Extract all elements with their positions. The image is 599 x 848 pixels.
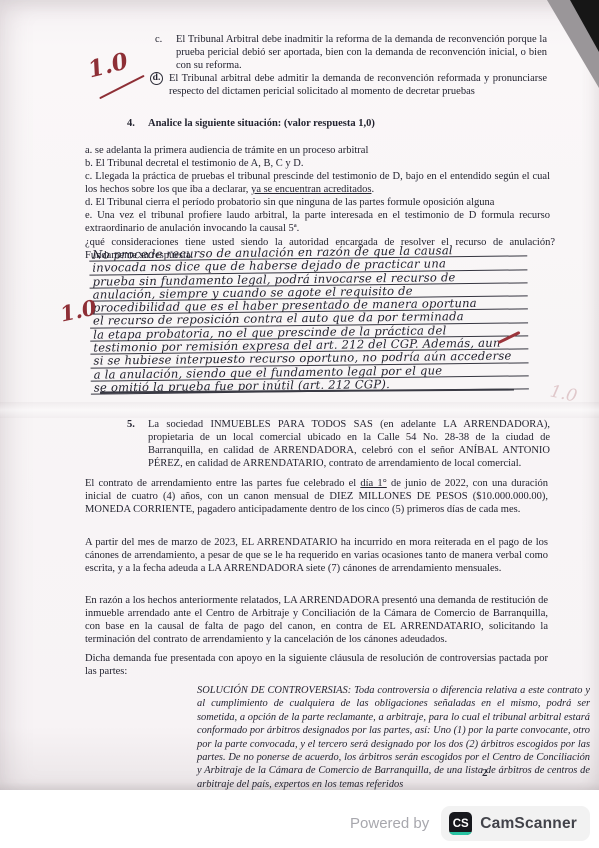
scanned-document-page: c. El Tribunal Arbitral debe inadmitir l… — [0, 0, 599, 848]
camscanner-brand-button[interactable]: CS CamScanner — [441, 806, 590, 841]
option-c: c. Llegada la práctica de pruebas el tri… — [85, 170, 550, 196]
question-4-options: a. se adelanta la primera audiencia de t… — [85, 144, 550, 235]
powered-by-label: Powered by — [350, 815, 429, 832]
camscanner-logo-icon: CS — [449, 812, 472, 835]
contract-paragraph: El contrato de arrendamiento entre las p… — [85, 477, 548, 516]
question-4-number: 4. — [127, 117, 148, 130]
option-d: d. El Tribunal cierra el período probato… — [85, 196, 550, 209]
underlined-date: día 1° — [360, 478, 386, 489]
camscanner-footer: Powered by CS CamScanner — [350, 806, 590, 841]
handwritten-answer: No procede recurso de anulación en razón… — [89, 243, 529, 395]
question-4-title: Analice la siguiente situación: (valor r… — [148, 117, 375, 130]
claim-paragraph: En razón a los hechos anteriormente rela… — [85, 594, 548, 646]
option-e: e. Una vez el tribunal profiere laudo ar… — [85, 209, 550, 235]
paper-fold-shadow — [0, 402, 599, 418]
option-b: b. El Tribunal decretal el testimonio de… — [85, 157, 550, 170]
underlined-phrase: ya se encuentran acreditados — [251, 184, 371, 195]
option-a: a. se adelanta la primera audiencia de t… — [85, 144, 550, 157]
case-5-intro: 5. La sociedad INMUEBLES PARA TODOS SAS … — [127, 418, 550, 470]
case-5-intro-text: La sociedad INMUEBLES PARA TODOS SAS (en… — [148, 418, 550, 470]
camscanner-brand-name: CamScanner — [480, 815, 577, 833]
option-d-top: d. El Tribunal arbitral debe admitir la … — [150, 72, 547, 98]
option-d-text: El Tribunal arbitral debe admitir la dem… — [169, 72, 547, 98]
option-d-circled-label: d. — [150, 72, 163, 85]
question-4-heading: 4. Analice la siguiente situación: (valo… — [127, 117, 567, 130]
option-c-label: c. — [155, 33, 176, 72]
option-c-top: c. El Tribunal Arbitral debe inadmitir l… — [155, 33, 547, 72]
option-c-text: El Tribunal Arbitral debe inadmitir la r… — [176, 33, 547, 72]
clause-lead-paragraph: Dicha demanda fue presentada con apoyo e… — [85, 652, 548, 678]
dispute-resolution-clause: SOLUCIÓN DE CONTROVERSIAS: Toda controve… — [197, 684, 590, 791]
case-5-number: 5. — [127, 418, 148, 470]
arrears-paragraph: A partir del mes de marzo de 2023, EL AR… — [85, 536, 548, 575]
page-number: 2 — [482, 767, 488, 779]
